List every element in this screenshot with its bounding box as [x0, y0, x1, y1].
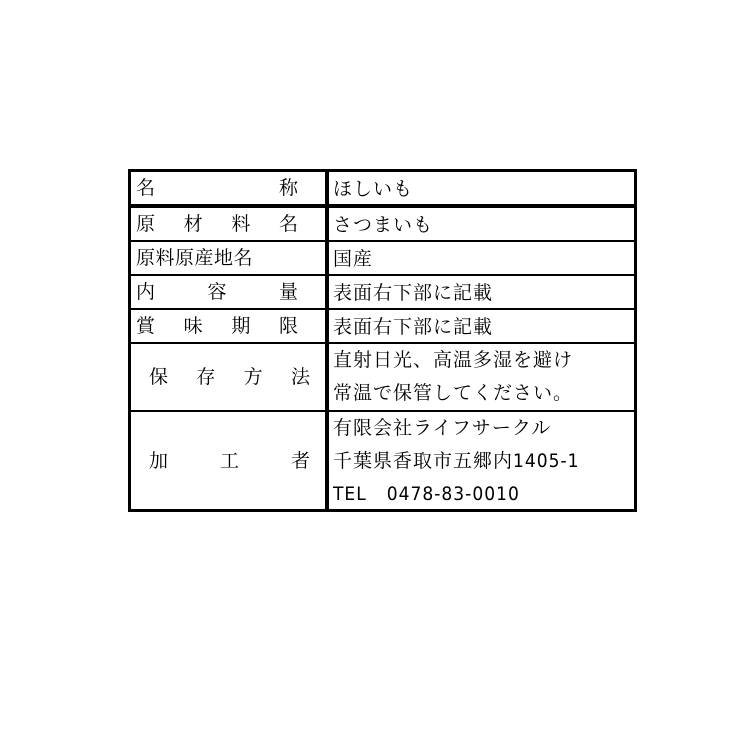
value-cell: 直射日光、高温多湿を避け 常温で保管してください。	[329, 344, 634, 410]
value-cell: 表面右下部に記載	[329, 276, 634, 308]
label-cell: 加 工 者	[131, 412, 326, 509]
label-cell: 名 称	[131, 172, 326, 204]
row-origin: 原料原産地名 国産	[131, 242, 634, 274]
value-cell: さつまいも	[329, 208, 634, 240]
label-char: 量	[279, 276, 298, 308]
value-cell: ほしいも	[329, 172, 634, 204]
company-name: 有限会社ライフサークル	[333, 412, 634, 445]
row-best-before: 賞 味 期 限 表面右下部に記載	[131, 310, 634, 342]
label-char: 工	[220, 445, 239, 477]
food-label-table: 名 称 ほしいも 原 材 料 名 さつまいも 原料原産地名 国産	[128, 169, 637, 512]
label-char: 保	[149, 361, 168, 393]
label-char: 名	[136, 172, 155, 204]
label-char: 名	[279, 208, 298, 240]
label-cell: 保 存 方 法	[131, 344, 326, 410]
label-cell: 賞 味 期 限	[131, 310, 326, 342]
row-ingredients: 原 材 料 名 さつまいも	[131, 208, 634, 240]
value-cell: 国産	[329, 242, 634, 274]
value-text: ほしいも	[333, 172, 634, 206]
address: 千葉県香取市五郷内1405-1	[333, 445, 634, 478]
label-char: 味	[184, 310, 203, 342]
label-char: 者	[291, 445, 310, 477]
label-char: 法	[291, 361, 310, 393]
value-text: 国産	[333, 242, 634, 276]
label-char: 方	[244, 361, 263, 393]
row-product-name: 名 称 ほしいも	[131, 172, 634, 204]
label-char: 材	[184, 208, 203, 240]
row-processor: 加 工 者 有限会社ライフサークル 千葉県香取市五郷内1405-1 TEL 04…	[131, 412, 634, 509]
value-cell: 有限会社ライフサークル 千葉県香取市五郷内1405-1 TEL 0478-83-…	[329, 412, 634, 509]
label-cell: 原 材 料 名	[131, 208, 326, 240]
label-text: 原料原産地名	[131, 242, 326, 274]
row-contents: 内 容 量 表面右下部に記載	[131, 276, 634, 308]
phone-number: TEL 0478-83-0010	[333, 478, 634, 511]
row-storage: 保 存 方 法 直射日光、高温多湿を避け 常温で保管してください。	[131, 344, 634, 410]
label-cell: 原料原産地名	[131, 242, 326, 274]
value-text: 表面右下部に記載	[333, 276, 634, 310]
label-char: 期	[231, 310, 250, 342]
label-cell: 内 容 量	[131, 276, 326, 308]
label-char: 内	[136, 276, 155, 308]
label-char: 称	[279, 172, 298, 204]
label-char: 賞	[136, 310, 155, 342]
value-text: 直射日光、高温多湿を避け	[333, 344, 634, 377]
label-char: 料	[231, 208, 250, 240]
value-cell: 表面右下部に記載	[329, 310, 634, 342]
label-char: 存	[196, 361, 215, 393]
label-char: 加	[149, 445, 168, 477]
label-char: 容	[207, 276, 226, 308]
value-text: 表面右下部に記載	[333, 310, 634, 344]
value-text: 常温で保管してください。	[333, 377, 634, 410]
label-char: 限	[279, 310, 298, 342]
label-char: 原	[136, 208, 155, 240]
value-text: さつまいも	[333, 208, 634, 242]
